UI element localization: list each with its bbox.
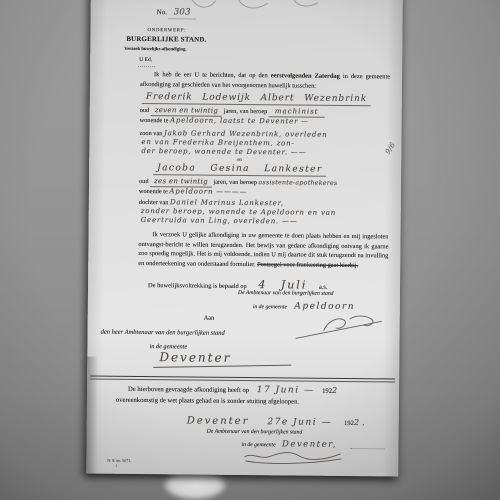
paper-sheet: No. 303 ONDERWERP: BURGERLIJKE STAND. Ve… [86,0,403,476]
confirmation-officiant-place: Deventer, [282,439,337,450]
year-printed: 192 [322,388,332,395]
bride-parents-line-1: dochter van Daniel Marinus Lankester, [139,198,284,207]
doc-subtitle: Verzoek huwelijks-afkondiging. [124,46,186,52]
wedding-label: De huwelijksvoltrekking is bepaald op [148,282,247,290]
year2-printed: 192 [344,420,354,427]
bride-father: Daniel Marinus Lankester, [170,198,284,207]
confirmation-line-2: overeenkomstig de wet plaats gehad en is… [116,397,299,406]
connector-en: en [237,158,242,163]
confirmation-date-1: 17 Juni — [257,385,315,396]
bride-residence: Apeldoorn ———— [169,187,247,196]
top-scrawl-mark [186,0,326,16]
form-number: N. 8. no. 5071. [107,458,131,463]
groom-parents-line-2: en van Frederika Breijenthem, zon- [141,138,294,147]
request-struck-text: Postzegel voor frankeering gaat hierbij. [257,261,358,269]
confirmation-place: Deventer [187,415,250,427]
officiant-top-line-1: De Ambtenaar van den burgerlijken stand [238,290,334,297]
dochter-label: dochter van [139,199,169,206]
form-number-sub: 1 [115,464,117,468]
officiant-top-signature [294,310,386,341]
groom-name: Frederik Lodewijk Albert Wezenbrink [142,92,371,106]
intro-text-bold: eerstvolgenden Zaterdag [271,72,340,80]
groom-age-line: oud zeven en twintig jaren, van beroep m… [140,106,325,116]
onderwerp-label: ONDERWERP: [147,28,186,33]
wonende-label: wonende te [140,117,169,124]
year2-handwritten: 2 . [354,418,365,427]
groom-occupation: machinist [269,107,325,118]
doc-number-label: No. [157,8,167,16]
intro-text-1: Ik heb de eer U te berichten, dat op den [154,71,271,79]
confirmation-officiant-1: De Ambtenaar van den burgerlijken stand [207,429,303,436]
wonende-label: wonende te [139,188,168,195]
gemeente-label: in de gemeente [253,304,287,310]
intro-paragraph: Ik heb de eer U te berichten, dat op den… [140,70,390,91]
address-place: Deventer [159,350,231,365]
confirmation-date-2: 27e Juni — [267,417,332,428]
officiant-dotted-line [350,448,384,449]
address-line-1: den heer Ambtenaar van den burgerlijken … [101,329,225,337]
zoon-label: zoon van [139,130,162,137]
jaren-label: jaren, van beroep [224,108,268,115]
groom-father: Jakob Gerhard Wezenbrink, overleden [164,129,328,139]
request-paragraph: Ik verzoek U gelijke afkondiging in uw g… [138,230,388,270]
bride-parents-line-3: Geertruida van Ling, overleden. —— [141,216,298,226]
bride-occupation: assistente-apothekeres [259,179,338,187]
year-handwritten: 2 [332,386,337,395]
groom-parents-line-3: der beroep, wonende te Deventer. —— [141,147,306,157]
confirmation-signature [242,449,344,466]
doc-title: BURGERLIJKE STAND. [126,36,206,44]
bride-age-line: oud zes en twintig jaren, van beroep ass… [139,177,337,187]
confirmation-line-1: De hierboven gevraagde afkondiging heeft… [128,384,337,396]
doc-number-line: No. 303 [157,7,196,17]
salutation: U Ed. [139,57,152,63]
confirmation-label: De hierboven gevraagde afkondiging heeft… [128,386,249,394]
doc-number-value: 303 [169,7,196,19]
bride-age: zes en twintig [150,177,212,188]
oud-label: oud [139,178,149,185]
bride-residence-line: wonende te Apeldoorn ———— [139,187,248,196]
groom-residence: Apeldoorn, laatst te Deventer — [170,116,309,125]
confirmation-place-date: Deventer 27e Juni — 1922 . [187,410,365,430]
groom-residence-line: wonende te Apeldoorn, laatst te Deventer… [140,116,310,126]
document-photo: No. 303 ONDERWERP: BURGERLIJKE STAND. Ve… [0,0,500,500]
salutation-line [138,66,155,67]
groom-age: zeven en twintig [151,106,223,117]
paper-edge-shadow [86,356,98,473]
jaren-label: jaren, van beroep [213,179,257,186]
bride-name: Jacoba Gesina Lankester [153,163,327,177]
oud-label: oud [140,107,150,114]
address-place-flourish [153,365,291,368]
address-aan: Aan [204,315,215,322]
section-divider [90,376,395,383]
margin-note: 9/6 [384,141,397,156]
gemeente-label: in de gemeente [241,442,275,448]
